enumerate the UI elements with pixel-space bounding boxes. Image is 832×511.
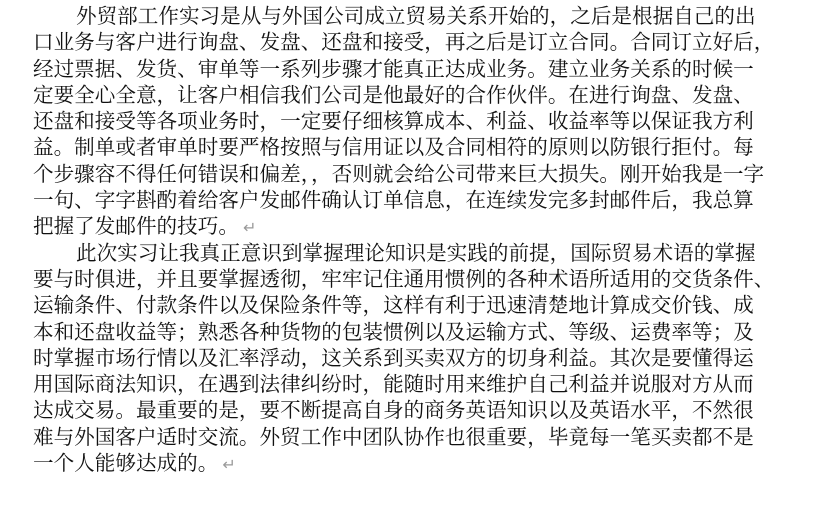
text-line: 定要全心全意，让客户相信我们公司是他最好的合作伙伴。在进行询盘、发盘、 [33,82,823,108]
paragraph-1[interactable]: 外贸部工作实习是从与外国公司成立贸易关系开始的，之后是根据自己的出 口业务与客户… [33,3,823,240]
text-line: 经过票据、发货、审单等一系列步骤才能真正达成业务。建立业务关系的时候一 [33,56,823,82]
text-line: 一句、字字斟酌着给客户发邮件确认订单信息，在连续发完多封邮件后，我总算 [33,187,823,213]
text-line: 难与外国客户适时交流。外贸工作中团队协作也很重要，毕竟每一笔买卖都不是 [33,424,823,450]
text-line: 口业务与客户进行询盘、发盘、还盘和接受，再之后是订立合同。合同订立好后， [33,29,823,55]
text-line: 把握了发邮件的技巧。↵ [33,213,823,239]
paragraph-mark-icon: ↵ [222,455,235,474]
text-line: 还盘和接受等各项业务时，一定要仔细核算成本、利益、收益率等以保证我方利 [33,108,823,134]
text-line: 此次实习让我真正意识到掌握理论知识是实践的前提，国际贸易术语的掌握 [33,240,823,266]
line-text: 把握了发邮件的技巧。 [33,214,239,238]
text-line: 要与时俱进，并且要掌握透彻，牢牢记住通用惯例的各种术语所适用的交货条件、 [33,266,823,292]
text-line: 一个人能够达成的。↵ [33,450,823,476]
document-page: 外贸部工作实习是从与外国公司成立贸易关系开始的，之后是根据自己的出 口业务与客户… [33,3,823,476]
text-line: 个步骤容不得任何错误和偏差，，否则就会给公司带来巨大损失。刚开始我是一字 [33,161,823,187]
text-line: 益。制单或者审单时要严格按照与信用证以及合同相符的原则以防银行拒付。每 [33,134,823,160]
text-line: 时掌握市场行情以及汇率浮动，这关系到买卖双方的切身利益。其次是要懂得运 [33,345,823,371]
text-line: 用国际商法知识，在遇到法律纠纷时，能随时用来维护自己利益并说服对方从而 [33,371,823,397]
text-line: 本和还盘收益等；熟悉各种货物的包装惯例以及运输方式、等级、运费率等；及 [33,319,823,345]
text-line: 外贸部工作实习是从与外国公司成立贸易关系开始的，之后是根据自己的出 [33,3,823,29]
paragraph-2[interactable]: 此次实习让我真正意识到掌握理论知识是实践的前提，国际贸易术语的掌握 要与时俱进，… [33,240,823,477]
line-text: 一个人能够达成的。 [33,451,218,475]
text-line: 达成交易。最重要的是，要不断提高自身的商务英语知识以及英语水平，不然很 [33,397,823,423]
text-line: 运输条件、付款条件以及保险条件等，这样有利于迅速清楚地计算成交价钱、成 [33,292,823,318]
paragraph-mark-icon: ↵ [243,218,256,237]
